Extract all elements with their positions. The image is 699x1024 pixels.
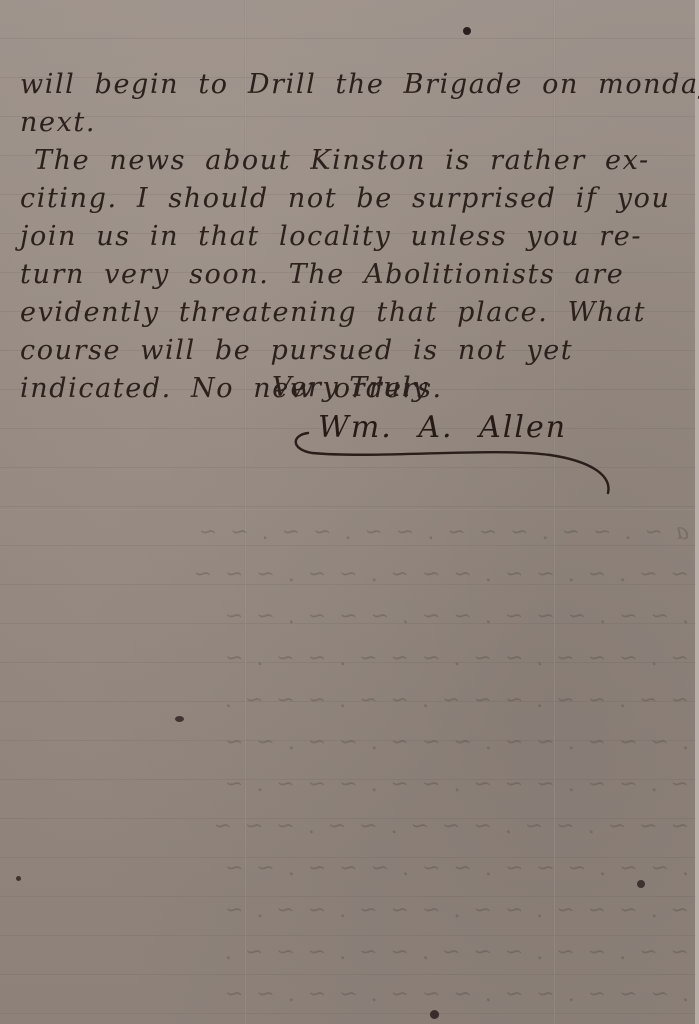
letter-page: a ~ . ~ ~ . ~ ~ ~ . ~ ~ . ~ ~ . ~ ~ ~ ~ … [0,0,699,1024]
bleed-through-line: ~ . ~ ~ ~ . ~ ~ . ~ ~ ~ . ~ ~ . ~ [10,898,689,940]
letter-line: citing. I should not be surprised if you [20,180,690,218]
letter-line: will begin to Drill the Brigade on monda… [20,66,690,104]
bleed-through-line: ~ . ~ ~ . ~ ~ ~ . ~ ~ . ~ ~ ~ . ~ [10,772,689,814]
bleed-through-line: ~ ~ . ~ ~ . ~ ~ ~ . ~ ~ . ~ ~ ~ . [10,940,689,982]
signature-flourish-icon [290,425,620,505]
bleed-through-line: ~ ~ ~ . ~ ~ . ~ ~ ~ . ~ ~ . ~ ~ ~ [10,814,689,856]
letter-closing: Very Truly [272,372,429,403]
bleed-through-line: a ~ . ~ ~ . ~ ~ ~ . ~ ~ . ~ ~ . ~ ~ [10,520,689,562]
bleed-through-line: ~ ~ . ~ ~ . ~ ~ ~ . ~ ~ . ~ ~ ~ . [10,688,689,730]
letter-line: turn very soon. The Abolitionists are [20,256,690,294]
letter-body: will begin to Drill the Brigade on monda… [20,66,690,408]
bleed-through-line: ~ . ~ ~ ~ . ~ ~ . ~ ~ ~ . ~ ~ . ~ [10,646,689,688]
paper-edge [695,0,699,1024]
bleed-through-line: . ~ ~ ~ . ~ ~ . ~ ~ ~ . ~ ~ . ~ ~ [10,982,689,1024]
horizontal-fold-line [0,508,699,511]
bleed-through-line: . ~ ~ . ~ ~ ~ . ~ ~ . ~ ~ ~ . ~ ~ [10,856,689,898]
letter-line: course will be pursued is not yet [20,332,690,370]
letter-line: evidently threatening that place. What [20,294,690,332]
bleed-through-line: . ~ ~ ~ . ~ ~ . ~ ~ ~ . ~ ~ . ~ ~ [10,730,689,772]
bleed-through-text: a ~ . ~ ~ . ~ ~ ~ . ~ ~ . ~ ~ . ~ ~ ~ ~ … [10,520,689,1024]
letter-line: The news about Kinston is rather ex- [20,142,690,180]
bleed-through-line: ~ ~ . ~ . ~ ~ . ~ ~ ~ . ~ ~ . ~ ~ ~ [10,562,689,604]
ink-spot [463,27,471,35]
letter-line: join us in that locality unless you re- [20,218,690,256]
letter-line: next. [20,104,690,142]
bleed-through-line: . ~ ~ . ~ ~ ~ . ~ ~ . ~ ~ ~ . ~ ~ [10,604,689,646]
